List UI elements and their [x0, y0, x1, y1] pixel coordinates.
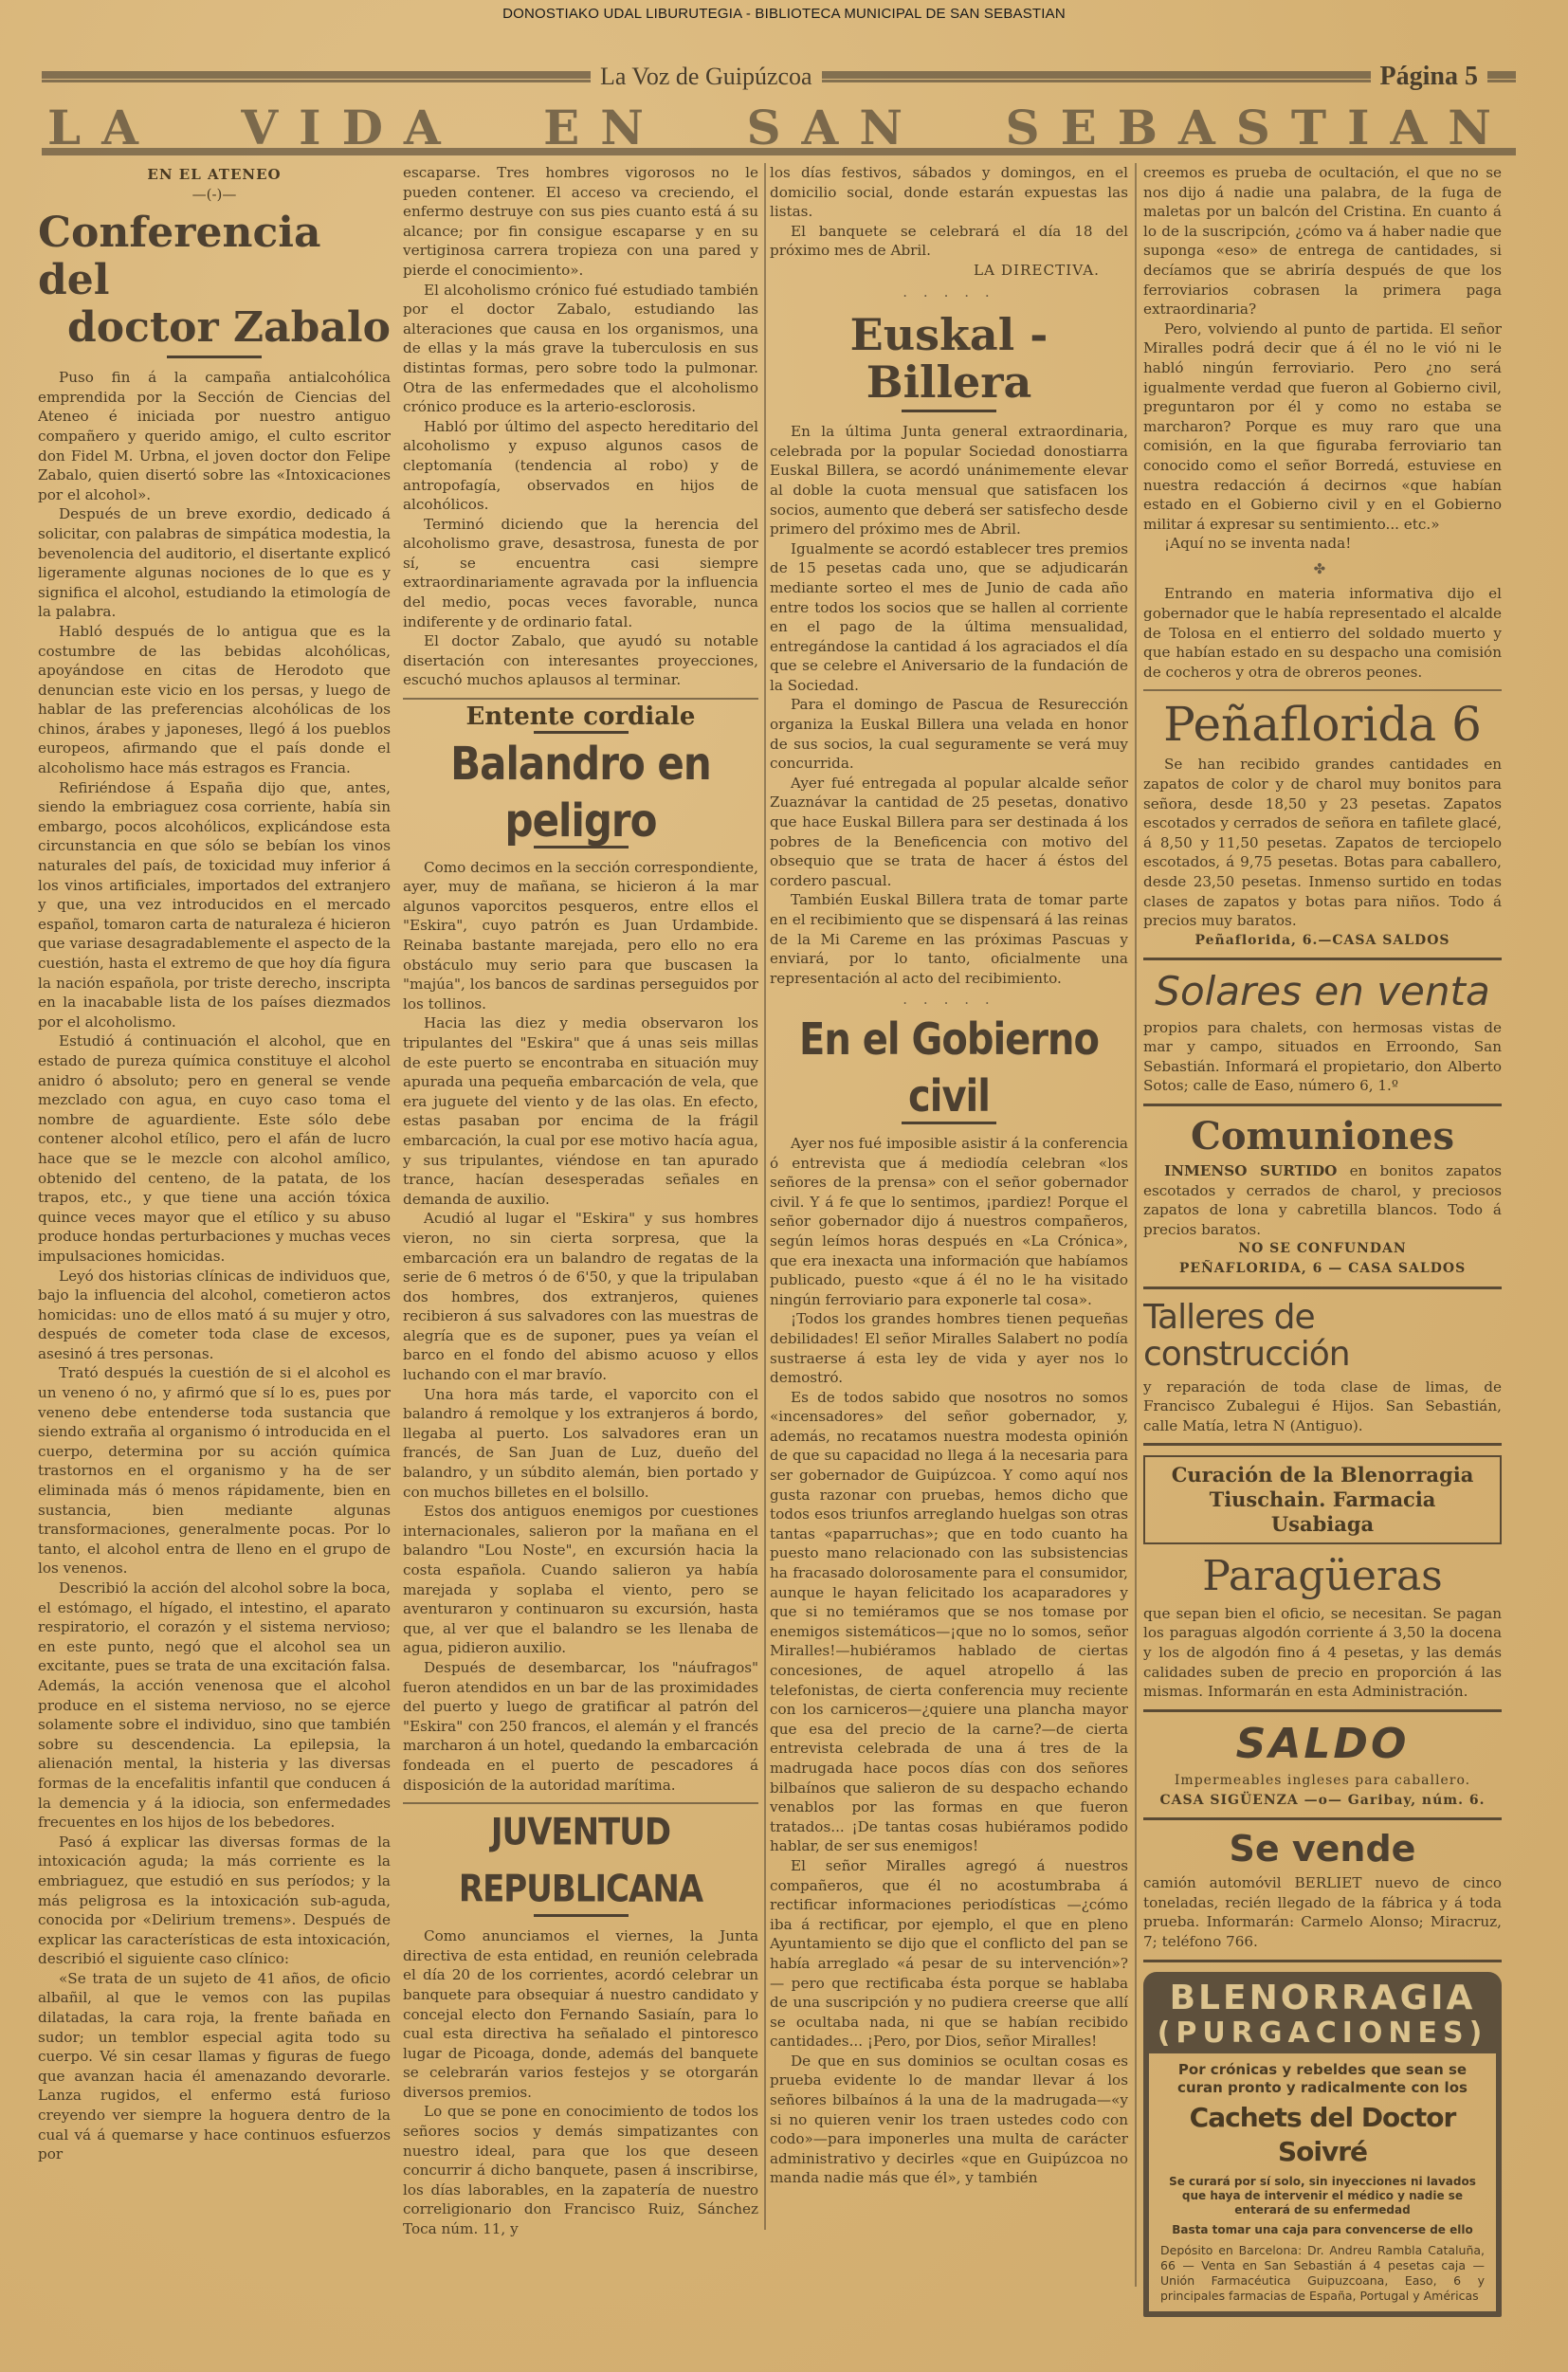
section-rule	[42, 148, 1516, 155]
column-2: escaparse. Tres hombres vigorosos no le …	[403, 163, 758, 2363]
ad-title: Talleres de construcción	[1143, 1299, 1502, 1374]
ad-penaflorida: Peñaflorida 6 Se han recibido grandes ca…	[1143, 699, 1502, 960]
rule-left	[42, 71, 591, 82]
column-divider	[764, 163, 766, 2230]
ad-body: Por crónicas y rebeldes que sean se cura…	[1149, 2053, 1496, 2311]
section-word: SEBASTIAN	[1005, 100, 1511, 155]
ad-signature: PEÑAFLORIDA, 6 — CASA SALDOS	[1143, 1259, 1502, 1279]
paragraph: ¡Aquí no se inventa nada!	[1143, 534, 1502, 554]
headline: Euskal - Billera	[770, 311, 1128, 406]
column-3: los días festivos, sábados y domingos, e…	[770, 163, 1128, 2363]
article-kicker: Entente cordiale	[403, 707, 758, 727]
ad-subtitle: (PURGACIONES)	[1149, 2017, 1496, 2050]
ad-saldo: SALDO Impermeables ingleses para caballe…	[1143, 1722, 1502, 1821]
paragraph: Estos dos antiguos enemigos por cuestion…	[403, 1502, 758, 1658]
ad-lead: INMENSO SURTIDO	[1164, 1162, 1337, 1179]
column-1: EN EL ATENEO —(-)— Conferencia del docto…	[38, 163, 391, 2363]
ad-note: Se curará por sí solo, sin inyecciones n…	[1160, 2175, 1485, 2217]
section-word: VIDA	[241, 100, 461, 155]
paragraph: Trató después la cuestión de si el alcoh…	[38, 1363, 391, 1578]
paragraph: El alcoholismo crónico fué estudiado tam…	[403, 281, 758, 417]
paragraph: Habló después de lo antigua que es la co…	[38, 622, 391, 778]
paragraph: También Euskal Billera trata de tomar pa…	[770, 890, 1128, 988]
ad-body: INMENSO SURTIDO en bonitos zapatos escot…	[1143, 1161, 1502, 1239]
ad-title: SALDO	[1143, 1722, 1502, 1767]
paragraph: Como decimos en la sección correspondien…	[403, 858, 758, 1014]
paragraph: Estudió á continuación el alcohol, que e…	[38, 1031, 391, 1266]
headline-rule	[167, 356, 262, 358]
paragraph: Refiriéndose á España dijo que, antes, s…	[38, 778, 391, 1032]
page-number: Página 5	[1380, 62, 1478, 92]
section-word: EN	[543, 100, 665, 155]
paragraph: De que en sus dominios se ocultan cosas …	[770, 2052, 1128, 2188]
paragraph: Acudió al lugar el "Eskira" y sus hombre…	[403, 1209, 758, 1384]
article-balandro: Entente cordiale Balandro en peligro Com…	[403, 707, 758, 1795]
article-euskal-billera: Euskal - Billera En la última Junta gene…	[770, 311, 1128, 988]
ad-body: Impermeables ingleses para caballero.	[1143, 1771, 1502, 1791]
ornament: · · · · ·	[770, 994, 1128, 1013]
ad-signature: CASA SIGÜENZA —o— Garibay, núm. 6.	[1143, 1791, 1502, 1811]
paragraph: Para el domingo de Pascua de Resurección…	[770, 695, 1128, 773]
paragraph: los días festivos, sábados y domingos, e…	[770, 163, 1128, 222]
signature: LA DIRECTIVA.	[770, 261, 1128, 281]
article-conferencia: EN EL ATENEO —(-)— Conferencia del docto…	[38, 165, 391, 2164]
paragraph: Pero, volviendo al punto de partida. El …	[1143, 319, 1502, 535]
ad-body: y reparación de toda clase de limas, de …	[1143, 1378, 1502, 1436]
ad-signature: Peñaflorida, 6.—CASA SALDOS	[1143, 931, 1502, 951]
ad-blenorragia: BLENORRAGIA (PURGACIONES) Por crónicas y…	[1143, 1972, 1502, 2317]
paragraph: Igualmente se acordó establecer tres pre…	[770, 539, 1128, 696]
running-head: La Voz de Guipúzcoa Página 5	[42, 63, 1516, 91]
ad-line: Tiuschain. Farmacia Usabiaga	[1155, 1487, 1490, 1537]
newspaper-title: La Voz de Guipúzcoa	[600, 63, 812, 91]
ad-title: BLENORRAGIA	[1149, 1980, 1496, 2017]
headline-rule	[902, 410, 996, 412]
ad-curacion: Curación de la Blenorragia Tiuschain. Fa…	[1143, 1455, 1502, 1544]
paragraph: El señor Miralles agregó á nuestros comp…	[770, 1856, 1128, 2052]
headline: JUVENTUD REPUBLICANA	[403, 1804, 758, 1918]
ad-title: Se vende	[1143, 1830, 1502, 1870]
ad-header: BLENORRAGIA (PURGACIONES)	[1149, 1978, 1496, 2053]
paragraph: Ayer nos fué imposible asistir á la conf…	[770, 1134, 1128, 1309]
rule-middle	[822, 71, 1371, 82]
ad-product: Cachets del Doctor Soivré	[1160, 2101, 1485, 2169]
ad-comuniones: Comuniones INMENSO SURTIDO en bonitos za…	[1143, 1116, 1502, 1289]
article-kicker: EN EL ATENEO	[38, 165, 391, 185]
paragraph: Después de desembarcar, los "náufragos" …	[403, 1658, 758, 1795]
paragraph: Puso fin á la campaña antialcohólica emp…	[38, 368, 391, 504]
section-title: LA VIDA EN SAN SEBASTIAN	[47, 102, 1512, 152]
separator	[403, 698, 758, 700]
ad-se-vende: Se vende camión automóvil BERLIET nuevo …	[1143, 1830, 1502, 1961]
column-divider	[1135, 163, 1137, 2287]
paragraph: Describió la acción del alcohol sobre la…	[38, 1578, 391, 1833]
paragraph: Una hora más tarde, el vaporcito con el …	[403, 1385, 758, 1503]
paragraph: Entrando en materia informativa dijo el …	[1143, 584, 1502, 682]
headline: doctor Zabalo	[38, 304, 391, 352]
separator	[1143, 689, 1502, 691]
ad-body: Se han recibido grandes cantidades en za…	[1143, 755, 1502, 930]
headline: Conferencia del	[38, 210, 391, 304]
paragraph: Después de un breve exordio, dedicado á …	[38, 504, 391, 622]
paragraph: Habló por último del aspecto hereditario…	[403, 417, 758, 515]
article-gobierno-civil: En el Gobierno civil Ayer nos fué imposi…	[770, 1019, 1128, 2188]
paragraph: El banquete se celebrará el día 18 del p…	[770, 222, 1128, 261]
ornament: · · · · ·	[770, 286, 1128, 306]
ad-line: Curación de la Blenorragia	[1155, 1463, 1490, 1487]
ornament: ✤	[1143, 559, 1502, 579]
ad-body: propios para chalets, con hermosas vista…	[1143, 1018, 1502, 1096]
headline: Balandro en peligro	[403, 736, 758, 849]
ad-lead: Por crónicas y rebeldes que sean se cura…	[1160, 2061, 1485, 2097]
ad-paragueras: Paragüeras que sepan bien el oficio, se …	[1143, 1554, 1502, 1711]
article-juventud: JUVENTUD REPUBLICANA Como anunciamos el …	[403, 1812, 758, 2239]
archive-banner: DONOSTIAKO UDAL LIBURUTEGIA - BIBLIOTECA…	[0, 6, 1568, 22]
kicker-separator: —(-)—	[38, 185, 391, 205]
paragraph: escaparse. Tres hombres vigorosos no le …	[403, 163, 758, 281]
headline: En el Gobierno civil	[770, 1012, 1128, 1125]
paragraph: Leyó dos historias clínicas de individuo…	[38, 1267, 391, 1364]
ad-body: que sepan bien el oficio, se necesitan. …	[1143, 1604, 1502, 1702]
headline-rule	[534, 731, 629, 734]
section-word: SAN	[746, 100, 923, 155]
paragraph: Lo que se pone en conocimiento de todos …	[403, 2102, 758, 2238]
paragraph: Pasó á explicar las diversas formas de l…	[38, 1833, 391, 1969]
paragraph: ¡Todos los grandes hombres tienen pequeñ…	[770, 1309, 1128, 1387]
paragraph: creemos es prueba de ocultación, el que …	[1143, 163, 1502, 319]
paragraph: En la última Junta general extraordinari…	[770, 422, 1128, 539]
ad-title: Comuniones	[1143, 1116, 1502, 1158]
paragraph: «Se trata de un sujeto de 41 años, de of…	[38, 1969, 391, 2164]
paragraph: Terminó diciendo que la herencia del alc…	[403, 515, 758, 632]
paragraph: El doctor Zabalo, que ayudó su notable d…	[403, 631, 758, 690]
ad-title: Peñaflorida 6	[1143, 699, 1502, 751]
ad-title: Paragüeras	[1143, 1554, 1502, 1599]
ad-solares: Solares en venta propios para chalets, c…	[1143, 970, 1502, 1106]
paragraph: Ayer fué entregada al popular alcalde se…	[770, 774, 1128, 891]
ad-talleres: Talleres de construcción y reparación de…	[1143, 1299, 1502, 1447]
paragraph: Es de todos sabido que nosotros no somos…	[770, 1388, 1128, 1856]
ad-warning: NO SE CONFUNDAN	[1143, 1239, 1502, 1259]
paragraph: Como anunciamos el viernes, la Junta dir…	[403, 1926, 758, 2102]
section-word: LA	[47, 100, 159, 155]
ad-deposit: Depósito en Barcelona: Dr. Andreu Rambla…	[1160, 2243, 1485, 2304]
ad-body: camión automóvil BERLIET nuevo de cinco …	[1143, 1873, 1502, 1951]
paragraph: Hacia las diez y media observaron los tr…	[403, 1013, 758, 1209]
ad-title: Solares en venta	[1143, 970, 1502, 1013]
column-4: creemos es prueba de ocultación, el que …	[1143, 163, 1502, 2363]
ad-tagline: Basta tomar una caja para convencerse de…	[1160, 2223, 1485, 2237]
rule-right	[1487, 71, 1516, 82]
